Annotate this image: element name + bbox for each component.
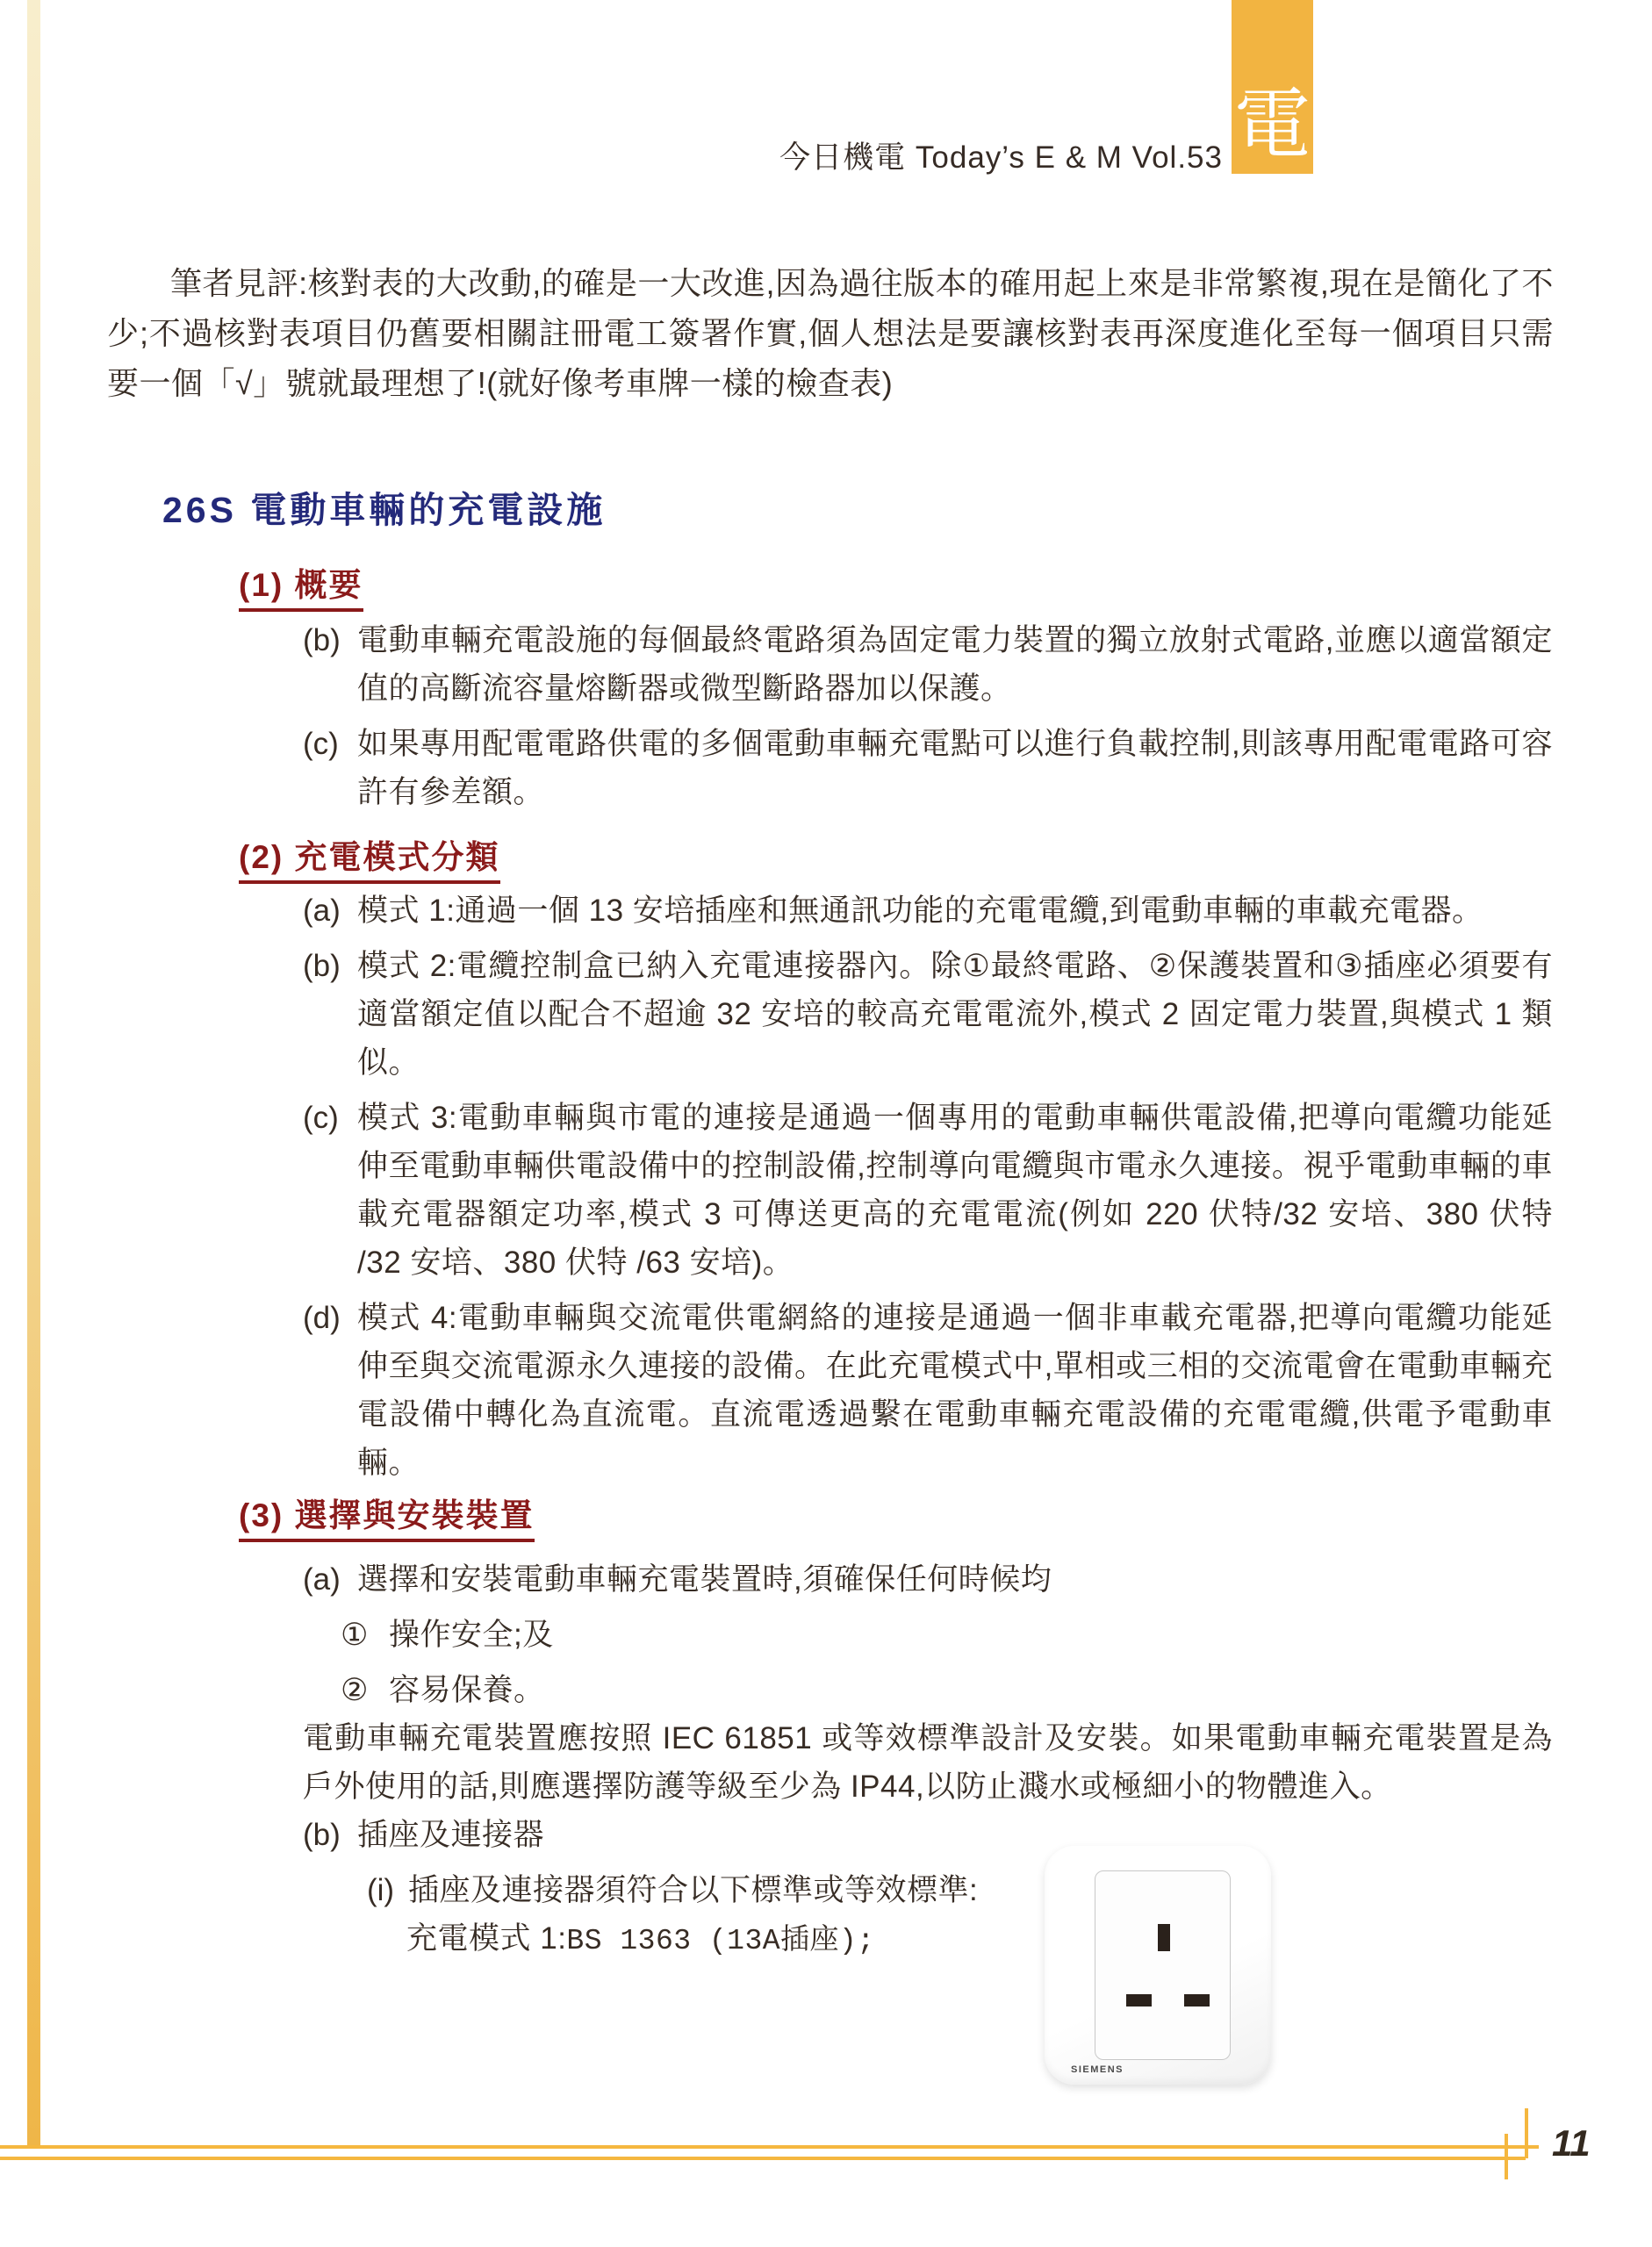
item-text: 操作安全;及 — [389, 1611, 1553, 1659]
footer-tick-right — [1525, 2108, 1528, 2158]
item-marker: ② — [341, 1666, 389, 1714]
item-text: 插座及連接器 — [357, 1811, 1553, 1859]
footer-rule-top — [0, 2145, 1539, 2149]
subsection-2-heading-text: (2) 充電模式分類 — [239, 839, 500, 884]
roman-sub-item: (i) 插座及連接器須符合以下標準或等效標準: — [367, 1866, 1553, 1914]
author-comment-paragraph: 筆者見評:核對表的大改動,的確是一大改進,因為過往版本的確用起上來是非常繁複,現… — [107, 258, 1554, 408]
item-marker: (c) — [303, 720, 357, 768]
item-marker: (b) — [303, 942, 357, 990]
bs1363-socket-image: SIEMENS — [1045, 1846, 1271, 2085]
item-text: 模式 2:電纜控制盒已納入充電連接器內。除①最終電路、②保護裝置和③插座必須要有… — [357, 942, 1553, 1087]
subsection-1-items: (b) 電動車輛充電設施的每個最終電路須為固定電力裝置的獨立放射式電路,並應以適… — [303, 616, 1553, 816]
list-item: (c) 如果專用配電電路供電的多個電動車輛充電點可以進行負載控制,則該專用配電電… — [303, 720, 1553, 816]
item-text: 模式 4:電動車輛與交流電供電網絡的連接是通過一個非車載充電器,把導向電纜功能延… — [357, 1294, 1553, 1487]
numbered-sub-item: ② 容易保養。 — [341, 1666, 1553, 1714]
list-item: (b) 電動車輛充電設施的每個最終電路須為固定電力裝置的獨立放射式電路,並應以適… — [303, 616, 1553, 713]
item-marker: (a) — [303, 1555, 357, 1604]
socket-neutral-pin-hole — [1126, 1994, 1152, 2007]
emblem-character: 電 — [1233, 86, 1311, 174]
item-text: 容易保養。 — [389, 1666, 1553, 1714]
publication-emblem: 電 — [1232, 0, 1313, 174]
list-item: (c) 模式 3:電動車輛與市電的連接是通過一個專用的電動車輛供電設備,把導向電… — [303, 1094, 1553, 1287]
list-item: (a) 選擇和安裝電動車輛充電裝置時,須確保任何時候均 — [303, 1555, 1553, 1604]
socket-faceplate — [1095, 1870, 1231, 2060]
item-marker: (a) — [303, 887, 357, 935]
item-marker: (i) — [367, 1866, 408, 1914]
page-number: 11 — [1552, 2122, 1591, 2164]
item-text: 如果專用配電電路供電的多個電動車輛充電點可以進行負載控制,則該專用配電電路可容許… — [357, 720, 1553, 816]
socket-earth-pin-hole — [1158, 1924, 1170, 1951]
item-text: 電動車輛充電設施的每個最終電路須為固定電力裝置的獨立放射式電路,並應以適當額定值… — [357, 616, 1553, 713]
footer-rule-bottom — [0, 2157, 1526, 2160]
subsection-3-heading: (3) 選擇與安裝裝置 — [239, 1489, 535, 1536]
footer-tick-left — [1505, 2134, 1508, 2179]
numbered-sub-item: ① 操作安全;及 — [341, 1611, 1553, 1659]
item-marker: (b) — [303, 616, 357, 664]
subsection-1-heading: (1) 概要 — [239, 558, 363, 606]
subsection-3-heading-text: (3) 選擇與安裝裝置 — [239, 1497, 535, 1542]
subsection-1-heading-text: (1) 概要 — [239, 567, 363, 612]
journal-header-title: 今日機電 Today’s E & M Vol.53 — [779, 133, 1223, 177]
list-item: (d) 模式 4:電動車輛與交流電供電網絡的連接是通過一個非車載充電器,把導向電… — [303, 1294, 1553, 1487]
subsection-2-items: (a) 模式 1:通過一個 13 安培插座和無通訊功能的充電電纜,到電動車輛的車… — [303, 887, 1553, 1487]
item-marker: (d) — [303, 1294, 357, 1342]
item-text: 模式 1:通過一個 13 安培插座和無通訊功能的充電電纜,到電動車輛的車載充電器… — [357, 887, 1553, 935]
left-accent-bar — [27, 0, 40, 2147]
subsection-3-items: (a) 選擇和安裝電動車輛充電裝置時,須確保任何時候均 ① 操作安全;及 ② 容… — [303, 1555, 1553, 1965]
socket-brand-label: SIEMENS — [1071, 2064, 1124, 2075]
list-item: (b) 插座及連接器 — [303, 1811, 1553, 1859]
item-text: 選擇和安裝電動車輛充電裝置時,須確保任何時候均 — [357, 1555, 1553, 1604]
item-marker: ① — [341, 1611, 389, 1659]
charging-mode-prefix: 充電模式 1: — [406, 1921, 566, 1956]
list-item: (b) 模式 2:電纜控制盒已納入充電連接器內。除①最終電路、②保護裝置和③插座… — [303, 942, 1553, 1087]
charging-mode-standard: BS 1363 (13A插座); — [566, 1925, 874, 1957]
standards-paragraph: 電動車輛充電裝置應按照 IEC 61851 或等效標準設計及安裝。如果電動車輛充… — [303, 1714, 1553, 1811]
item-marker: (b) — [303, 1811, 357, 1859]
subsection-2-heading: (2) 充電模式分類 — [239, 830, 500, 878]
list-item: (a) 模式 1:通過一個 13 安培插座和無通訊功能的充電電纜,到電動車輛的車… — [303, 887, 1553, 935]
charging-mode-standard-line: 充電模式 1:BS 1363 (13A插座); — [406, 1914, 1553, 1965]
socket-live-pin-hole — [1184, 1994, 1210, 2007]
item-text: 模式 3:電動車輛與市電的連接是通過一個專用的電動車輛供電設備,把導向電纜功能延… — [357, 1094, 1553, 1287]
section-heading-26s: 26S 電動車輛的充電設施 — [162, 481, 606, 533]
item-marker: (c) — [303, 1094, 357, 1142]
item-text: 插座及連接器須符合以下標準或等效標準: — [408, 1866, 1553, 1914]
